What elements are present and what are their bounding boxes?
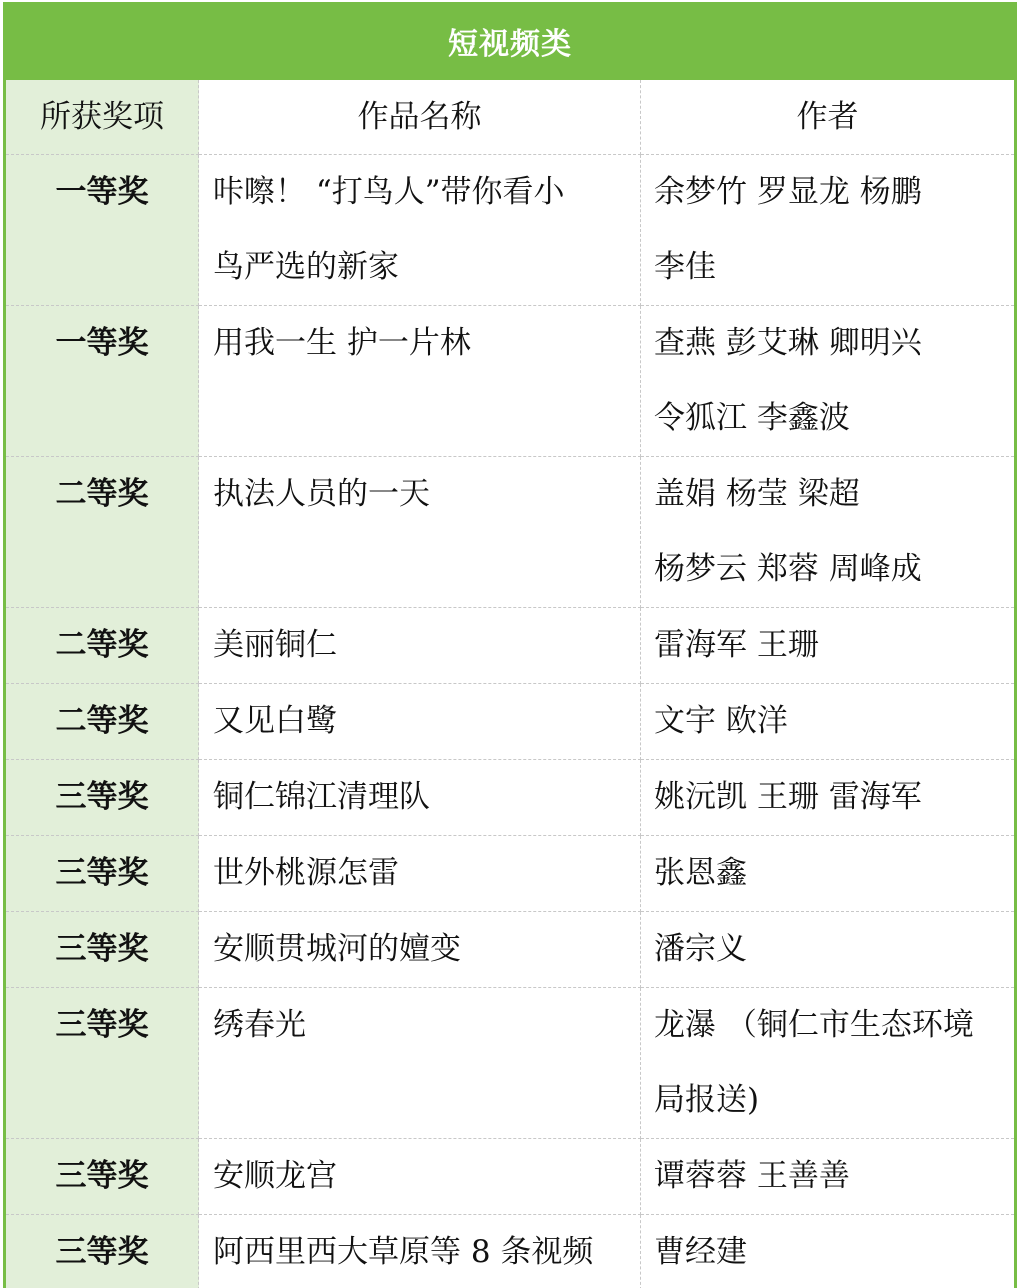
table-row: 一等奖用我一生 护一片林查燕 彭艾琳 卿明兴令狐江 李鑫波 <box>5 306 1016 457</box>
table-body: 所获奖项 作品名称 作者 一等奖咔嚓！ “打鸟人”带你看小鸟严选的新家余梦竹 罗… <box>5 80 1016 1288</box>
award-cell: 二等奖 <box>5 684 199 760</box>
table-row: 三等奖世外桃源怎雷张恩鑫 <box>5 836 1016 912</box>
authors-cell: 文宇 欧洋 <box>641 684 1016 760</box>
work-title-cell: 又见白鹭 <box>199 684 641 760</box>
authors-line: 李佳 <box>654 230 1004 305</box>
work-title-cell: 执法人员的一天 <box>199 457 641 608</box>
work-title-line: 安顺龙宫 <box>213 1139 632 1214</box>
award-table: 短视频类 所获奖项 作品名称 作者 一等奖咔嚓！ “打鸟人”带你看小鸟严选的新家… <box>3 2 1017 1288</box>
work-title-cell: 用我一生 护一片林 <box>199 306 641 457</box>
work-title-line: 美丽铜仁 <box>213 608 632 683</box>
table-row: 三等奖铜仁锦江清理队姚沅凯 王珊 雷海军 <box>5 760 1016 836</box>
authors-line: 张恩鑫 <box>654 836 1004 911</box>
authors-cell: 曹经建 <box>641 1215 1016 1288</box>
work-title-line: 执法人员的一天 <box>213 457 632 532</box>
header-row: 所获奖项 作品名称 作者 <box>5 80 1016 155</box>
authors-line: 盖娟 杨莹 梁超 <box>654 457 1004 532</box>
authors-cell: 张恩鑫 <box>641 836 1016 912</box>
work-title-line: 世外桃源怎雷 <box>213 836 632 911</box>
work-title-line: 铜仁锦江清理队 <box>213 760 632 835</box>
table-row: 一等奖咔嚓！ “打鸟人”带你看小鸟严选的新家余梦竹 罗显龙 杨鹏李佳 <box>5 155 1016 306</box>
authors-line: 曹经建 <box>654 1215 1004 1288</box>
work-title-line: 又见白鹭 <box>213 684 632 759</box>
authors-line: 令狐江 李鑫波 <box>654 381 1004 456</box>
award-cell: 三等奖 <box>5 836 199 912</box>
award-cell: 三等奖 <box>5 760 199 836</box>
header-award: 所获奖项 <box>5 80 199 155</box>
award-cell: 三等奖 <box>5 1139 199 1215</box>
authors-line: 龙瀑 （铜仁市生态环境 <box>654 988 1004 1063</box>
work-title-line: 绣春光 <box>213 988 632 1063</box>
header-authors: 作者 <box>641 80 1016 155</box>
authors-line: 谭蓉蓉 王善善 <box>654 1139 1004 1214</box>
work-title-cell: 安顺龙宫 <box>199 1139 641 1215</box>
authors-cell: 姚沅凯 王珊 雷海军 <box>641 760 1016 836</box>
authors-cell: 盖娟 杨莹 梁超杨梦云 郑蓉 周峰成 <box>641 457 1016 608</box>
work-title-line: 阿西里西大草原等 8 条视频 <box>213 1215 632 1288</box>
work-title-cell: 咔嚓！ “打鸟人”带你看小鸟严选的新家 <box>199 155 641 306</box>
award-cell: 三等奖 <box>5 988 199 1139</box>
authors-cell: 雷海军 王珊 <box>641 608 1016 684</box>
table-row: 三等奖安顺贯城河的嬗变潘宗义 <box>5 912 1016 988</box>
table-row: 三等奖阿西里西大草原等 8 条视频曹经建 <box>5 1215 1016 1288</box>
table-row: 二等奖执法人员的一天盖娟 杨莹 梁超杨梦云 郑蓉 周峰成 <box>5 457 1016 608</box>
award-cell: 三等奖 <box>5 1215 199 1288</box>
table-row: 三等奖绣春光龙瀑 （铜仁市生态环境局报送) <box>5 988 1016 1139</box>
work-title-cell: 安顺贯城河的嬗变 <box>199 912 641 988</box>
authors-line: 雷海军 王珊 <box>654 608 1004 683</box>
work-title-line: 咔嚓！ “打鸟人”带你看小 <box>213 155 632 230</box>
award-cell: 一等奖 <box>5 306 199 457</box>
work-title-line: 鸟严选的新家 <box>213 230 632 305</box>
authors-line: 文宇 欧洋 <box>654 684 1004 759</box>
work-title-cell: 绣春光 <box>199 988 641 1139</box>
work-title-line: 用我一生 护一片林 <box>213 306 632 381</box>
work-title-cell: 铜仁锦江清理队 <box>199 760 641 836</box>
authors-line: 姚沅凯 王珊 雷海军 <box>654 760 1004 835</box>
table-title: 短视频类 <box>5 2 1016 80</box>
table-row: 三等奖安顺龙宫谭蓉蓉 王善善 <box>5 1139 1016 1215</box>
work-title-cell: 世外桃源怎雷 <box>199 836 641 912</box>
table-row: 二等奖美丽铜仁雷海军 王珊 <box>5 608 1016 684</box>
authors-line: 余梦竹 罗显龙 杨鹏 <box>654 155 1004 230</box>
table-row: 二等奖又见白鹭文宇 欧洋 <box>5 684 1016 760</box>
table-title-row: 短视频类 <box>5 2 1016 80</box>
award-cell: 二等奖 <box>5 457 199 608</box>
award-cell: 二等奖 <box>5 608 199 684</box>
authors-cell: 查燕 彭艾琳 卿明兴令狐江 李鑫波 <box>641 306 1016 457</box>
work-title-cell: 美丽铜仁 <box>199 608 641 684</box>
award-cell: 一等奖 <box>5 155 199 306</box>
authors-line: 局报送) <box>654 1063 1004 1138</box>
header-work-title: 作品名称 <box>199 80 641 155</box>
authors-cell: 余梦竹 罗显龙 杨鹏李佳 <box>641 155 1016 306</box>
authors-cell: 潘宗义 <box>641 912 1016 988</box>
authors-line: 潘宗义 <box>654 912 1004 987</box>
award-cell: 三等奖 <box>5 912 199 988</box>
authors-line: 杨梦云 郑蓉 周峰成 <box>654 532 1004 607</box>
authors-cell: 龙瀑 （铜仁市生态环境局报送) <box>641 988 1016 1139</box>
work-title-cell: 阿西里西大草原等 8 条视频 <box>199 1215 641 1288</box>
authors-cell: 谭蓉蓉 王善善 <box>641 1139 1016 1215</box>
work-title-line: 安顺贯城河的嬗变 <box>213 912 632 987</box>
authors-line: 查燕 彭艾琳 卿明兴 <box>654 306 1004 381</box>
